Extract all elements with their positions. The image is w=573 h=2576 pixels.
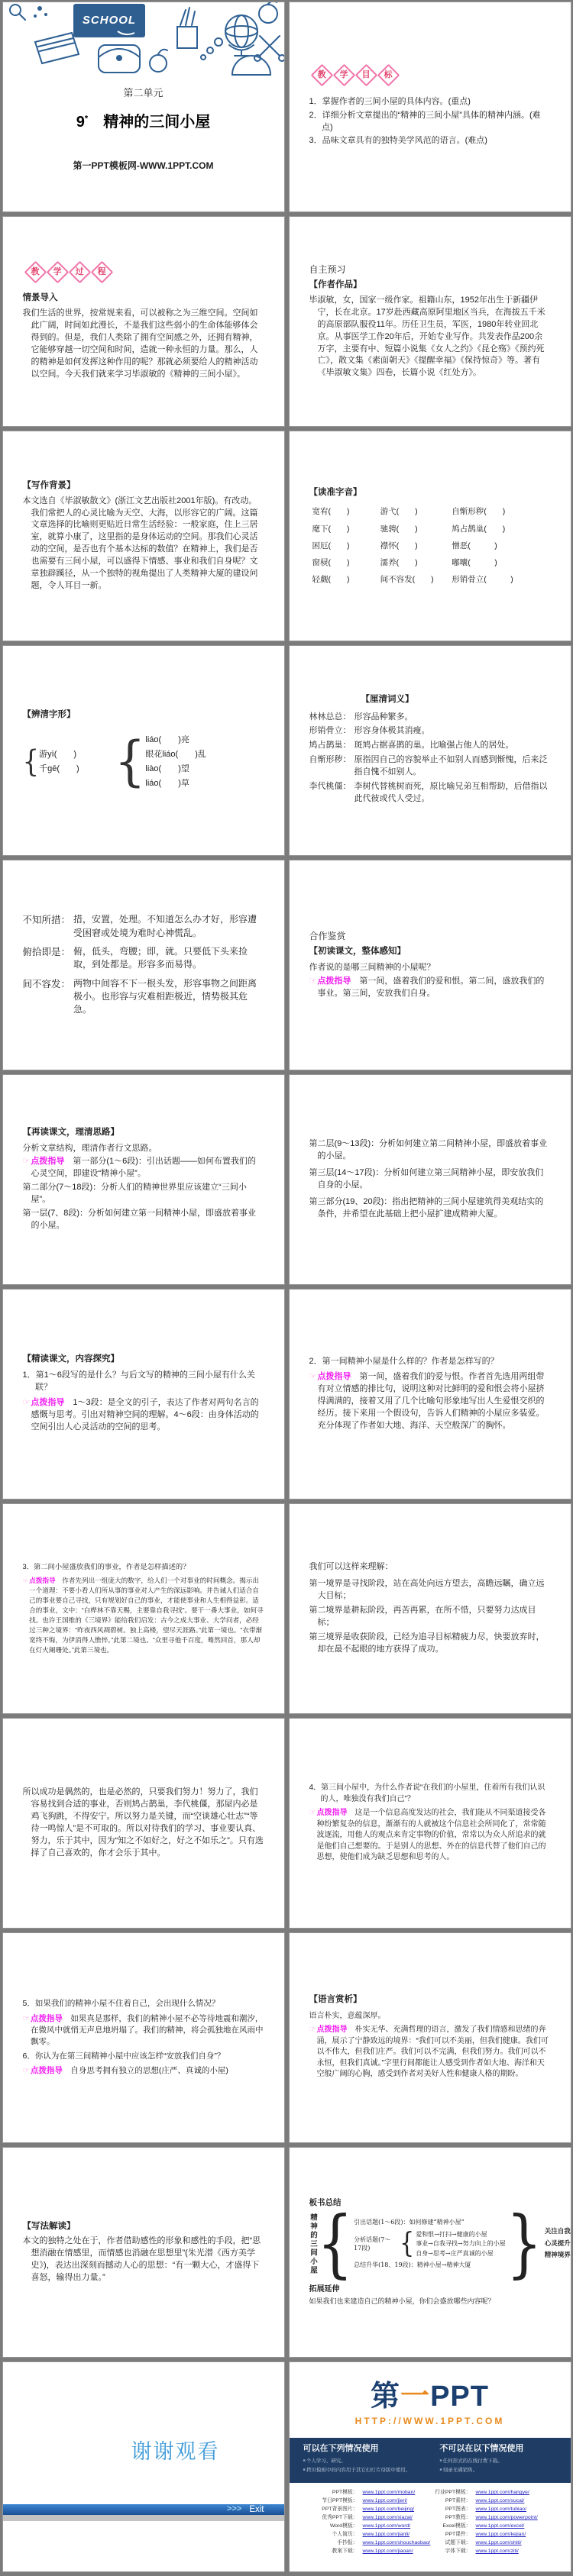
slide-structure-2: 第二层(9～13段)：分析如何建立第二间精神小屋，即盛放着事业的小屋。 第三层(… bbox=[289, 1074, 571, 1285]
structure-paragraph: 第二层(9～13段)：分析如何建立第二间精神小屋，即盛放着事业的小屋。 bbox=[309, 1138, 551, 1163]
link-url[interactable]: www.1ppt.com/shiti/ bbox=[475, 2540, 537, 2546]
technique-subheading: 【写法解读】 bbox=[23, 2220, 264, 2233]
link-url[interactable]: www.1ppt.com/xiazai/ bbox=[362, 2515, 430, 2521]
link-label: PPT教程： bbox=[435, 2515, 471, 2521]
link-label: Word模板： bbox=[322, 2523, 358, 2529]
definition-text: 斑鸠占据喜鹊的巢。比喻强占他人的居处。 bbox=[354, 740, 551, 752]
blackboard-text: SCHOOL bbox=[82, 14, 135, 27]
definition-row: 鸠占鹊巢： 斑鸠占据喜鹊的巢。比喻强占他人的居处。 bbox=[309, 740, 551, 752]
slide-language: 【语言赏析】 语言朴实，意蕴深厚。 点拨指导 朴实无华、充满哲理的语言，激发了我… bbox=[289, 1932, 571, 2143]
slide-1ppt-footer: 第一PPT HTTP://WWW.1PPT.COM 可以在下列情况使用 个人学习… bbox=[289, 2361, 571, 2572]
definition-row: 俯拾即是： 俯，低头，弯腰；即，就。只要低下头来捡取，到处都是。形容多而易得。 bbox=[23, 945, 264, 972]
definition-row: 间不容发： 两物中间容不下一根头发，形容事物之间距离极小。也形容与灾难相距极近，… bbox=[23, 977, 264, 1017]
board-diagram: 精神的三间小屋 引出话题(1～6段)：如何修建“精神小屋” 分析话题(7～17段… bbox=[309, 2213, 551, 2275]
pointing-hand-icon bbox=[23, 2066, 31, 2075]
structure-paragraph: 第三层(14～17段)：分析如何建立第三间精神小屋，即安放我们自身的小屋。 bbox=[309, 1167, 551, 1192]
forbidden-usage-item: 刻录光碟销售。 bbox=[439, 2467, 556, 2474]
character-forms-subheading: 【辨清字形】 bbox=[23, 709, 264, 721]
footer-strip bbox=[3, 2515, 284, 2521]
first-reading-subheading: 【初读课文，整体感知】 bbox=[309, 945, 551, 958]
realm-line: 第三境界是收获阶段，已经为追寻目标精疲力尽，快要放弃时，却在最不起眼的地方获得了… bbox=[309, 1632, 551, 1656]
tip-answer: 作者先列出一组庞大的数字，给人们一个对事业的时间概念。揭示出一个道理：不要小看人… bbox=[29, 1577, 264, 1653]
link-label: PPT模板： bbox=[322, 2490, 358, 2496]
link-label: PPT课件： bbox=[435, 2532, 471, 2538]
site-credit: 第一PPT模板网-WWW.1PPT.COM bbox=[3, 160, 284, 173]
slide-more-definitions: 不知所措： 措，安置，处理。不知道怎么办才好，形容遭受困窘或处境为难时心神慌乱。… bbox=[2, 860, 285, 1070]
definition-term: 不知所措： bbox=[23, 913, 71, 940]
definition-row: 林林总总： 形容品种繁多。 bbox=[309, 712, 551, 724]
pronunciation-subheading: 【读准字音】 bbox=[309, 486, 551, 499]
brace-icon bbox=[317, 2211, 353, 2277]
board-sub-row: 自身→思考→庄严真诚的小屋 bbox=[416, 2249, 505, 2258]
lead-in-paragraph: 我们生活的世界，按常规来看，可以被称之为三维空间。空间如此广阔，时间如此漫长，不… bbox=[23, 308, 264, 381]
brace-icon bbox=[23, 747, 40, 777]
definition-text: 措，安置，处理。不知道怎么办才好，形容遭受困窘或处境为难时心神慌乱。 bbox=[73, 913, 264, 940]
definition-text: 形容品种繁多。 bbox=[354, 712, 551, 724]
pointing-hand-icon bbox=[309, 1372, 318, 1381]
slide-q4: 4．第三间小屋中，为什么作者说“在我们的小屋里，住着所有我们认识的人，唯独没有我… bbox=[289, 1718, 571, 1929]
link-label: 手抄报： bbox=[322, 2540, 358, 2546]
pointing-hand-icon bbox=[309, 976, 318, 986]
background-subheading: 【写作背景】 bbox=[23, 479, 264, 492]
link-label: PPT图表： bbox=[435, 2507, 471, 2513]
link-label: 教案下载： bbox=[322, 2549, 358, 2555]
link-url[interactable]: www.1ppt.com/beijing/ bbox=[362, 2507, 430, 2513]
form-word: 游yì( ) bbox=[39, 749, 79, 761]
definition-term: 自惭形秽： bbox=[309, 754, 351, 779]
tip-paragraph: 点拨指导 自身思考拥有独立的思想(庄严、真诚的小屋) bbox=[23, 2065, 264, 2077]
tip-paragraph: 点拨指导 这是一个信息高度发达的社会，我们能从不同渠道接受各种纷繁复杂的信息，渐… bbox=[309, 1808, 551, 1864]
form-word: 千gē( ) bbox=[39, 763, 79, 776]
pronunciation-word: 轻觑( ) bbox=[312, 574, 380, 586]
tip-paragraph: 点拨指导 第一间，盛着我们的爱与恨。作者首先选用两组带有对立情感的排比句，说明这… bbox=[309, 1371, 551, 1432]
link-label: 个人简历： bbox=[322, 2532, 358, 2538]
slide-success: 所以成功是偶然的，也是必然的，只要我们努力！努力了，我们容易找到合适的事业，否则… bbox=[2, 1718, 285, 1929]
slide-grid: SCHOOL 第二单元 9* 精神的三间小屋 第一PPT模板网-WWW.1PPT… bbox=[0, 0, 573, 2574]
pronunciation-word: 麾下( ) bbox=[312, 524, 380, 535]
goal-item: 1．掌握作者的三间小屋的具体内容。(重点) bbox=[309, 96, 551, 108]
definition-row: 不知所措： 措，安置，处理。不知道怎么办才好，形容遭受困窘或处境为难时心神慌乱。 bbox=[23, 913, 264, 940]
slide-q5-q6: 5．如果我们的精神小屋不住着自己，会出现什么情况？ 点拨指导 如果真是那样，我们… bbox=[2, 1932, 285, 2143]
slide-three-realms: 我们可以这样来理解： 第一境界是寻找阶段，站在高处向远方望去，高瞻远瞩，确立远大… bbox=[289, 1503, 571, 1714]
pointing-hand-icon bbox=[309, 2026, 317, 2034]
school-doodles-svg: SCHOOL bbox=[3, 2, 284, 76]
1ppt-logo: 第一PPT bbox=[290, 2382, 571, 2411]
link-url[interactable]: www.1ppt.com/sucai/ bbox=[475, 2498, 537, 2504]
tip-answer: 第一间，盛着我们的爱与恨。作者首先选用两组带有对立情感的排比句，说明这种对比鲜明… bbox=[318, 1372, 545, 1430]
badge-diamond: 程 bbox=[90, 261, 113, 284]
brace-groups: 游yì( )千gē( ) liáo( )亮眼花liáo( )乱liào( )望l… bbox=[23, 732, 264, 792]
section-heading: 合作鉴赏 bbox=[309, 930, 551, 943]
thanks-text: 谢谢观看 bbox=[131, 2437, 220, 2467]
tip-paragraph: 点拨指导 1～3段：是全文的引子，表达了作者对两句名言的感慨与思考。引出对精神空… bbox=[23, 1397, 264, 1434]
forbidden-usage: 不可以在以下情况使用 任何形式的在线付费下载。刻录光碟销售。 bbox=[439, 2443, 556, 2476]
pronunciation-word: 憎恶( ) bbox=[452, 541, 550, 552]
lesson-title: 9* 精神的三间小屋 bbox=[3, 111, 284, 134]
definition-term: 形销骨立： bbox=[309, 725, 351, 738]
board-sub-row: 爱和恨→打扫→健康的小屋 bbox=[416, 2230, 505, 2239]
question: 1．第1～6段写的是什么？与后文写的精神的三间小屋有什么关联？ bbox=[23, 1370, 264, 1394]
definition-term: 李代桃僵： bbox=[309, 781, 351, 805]
slide-q2: 2．第一间精神小屋是什么样的？作者是怎样写的？ 点拨指导 第一间，盛着我们的爱与… bbox=[289, 1289, 571, 1499]
pronunciation-word: 窗棂( ) bbox=[312, 557, 380, 569]
unit-label: 第二单元 bbox=[3, 86, 284, 101]
logo-block: 第一PPT HTTP://WWW.1PPT.COM bbox=[290, 2382, 571, 2428]
pronunciation-word: 间不容发( ) bbox=[380, 574, 452, 586]
tip-label: 点拨指导 bbox=[317, 976, 351, 986]
badge-diamond: 过 bbox=[68, 261, 91, 284]
definition-list: 不知所措： 措，安置，处理。不知道怎么办才好，形容遭受困窘或处境为难时心神慌乱。… bbox=[23, 908, 264, 1022]
link-label: PPT背景图片： bbox=[322, 2507, 358, 2513]
question: 4．第三间小屋中，为什么作者说“在我们的小屋里，住着所有我们认识的人，唯独没有我… bbox=[309, 1783, 551, 1805]
form-word: liáo( )草 bbox=[145, 778, 206, 790]
pronunciation-word: 濡养( ) bbox=[380, 557, 452, 569]
board-right-label-line: 心灵提升 bbox=[545, 2239, 571, 2250]
slide-lead-in: 教 学 过 程 情景导入 我们生活的世界，按常规来看，可以被称之为三维空间。空间… bbox=[2, 216, 285, 427]
pronunciation-word: 嘟囔( ) bbox=[452, 557, 550, 569]
pronunciation-word: 襟怀( ) bbox=[380, 541, 452, 552]
pronunciation-word: 鸠占鹊巢( ) bbox=[452, 524, 550, 535]
slide-teaching-goals: 教 学 目 标 1．掌握作者的三间小屋的具体内容。(重点)2．详细分析文章提出的… bbox=[289, 2, 571, 212]
tip-answer: 自身思考拥有独立的思想(庄严、真诚的小屋) bbox=[70, 2066, 228, 2075]
forbidden-usage-title: 不可以在以下情况使用 bbox=[439, 2443, 556, 2455]
question: 5．如果我们的精神小屋不住着自己，会出现什么情况？ bbox=[23, 1998, 264, 2009]
structure-subheading: 【再读课文，理清思路】 bbox=[23, 1126, 264, 1139]
definition-text: 俯，低头，弯腰；即，就。只要低下头来捡取，到处都是。形容多而易得。 bbox=[73, 945, 264, 972]
badge-diamond: 教 bbox=[310, 63, 333, 86]
extension-question: 如果我们也来建造自己的精神小屋，你们会盛放哪些内容呢？ bbox=[309, 2297, 551, 2307]
slide-author: 自主预习 【作者作品】 毕淑敏，女，国家一级作家。祖籍山东，1952年出生于新疆… bbox=[289, 216, 571, 427]
definition-row: 自惭形秽： 原指因自己的容貌举止不如别人而感到惭愧，后来泛指自愧不如别人。 bbox=[309, 754, 551, 779]
slide-character-forms: 【辨清字形】 游yì( )千gē( ) liáo( )亮眼花liáo( )乱li… bbox=[2, 645, 285, 856]
close-reading-subheading: 【精读课文，内容探究】 bbox=[23, 1353, 264, 1366]
link-url[interactable]: www.1ppt.com/word/ bbox=[362, 2523, 430, 2529]
slide-board-summary: 板书总结 精神的三间小屋 引出话题(1～6段)：如何修建“精神小屋” 分析话题(… bbox=[289, 2147, 571, 2358]
board-row-1: 引出话题(1～6段)：如何修建“精神小屋” bbox=[354, 2218, 506, 2227]
usage-terms-panel: 可以在下列情况使用 个人学习、研究。拷贝模板中的内容用于其它幻灯片母版中使用。 … bbox=[290, 2438, 571, 2483]
slide-word-meanings: 【厘清词义】 林林总总： 形容品种繁多。 形销骨立： 形容身体极其消瘦。 鸠占鹊… bbox=[289, 645, 571, 856]
pointing-hand-icon bbox=[23, 1577, 30, 1584]
link-url[interactable]: www.1ppt.com/shouchaobao/ bbox=[362, 2540, 430, 2546]
link-url[interactable]: www.1ppt.com/jieri/ bbox=[362, 2498, 430, 2504]
allowed-usage: 可以在下列情况使用 个人学习、研究。拷贝模板中的内容用于其它幻灯片母版中使用。 bbox=[303, 2443, 426, 2476]
link-label: 优秀PPT下载： bbox=[322, 2515, 358, 2521]
goal-item: 3．品味文章具有的独特美学风范的语言。(难点) bbox=[309, 135, 551, 147]
link-label: 节日PPT模板： bbox=[322, 2498, 358, 2504]
link-url[interactable]: www.1ppt.com/excel/ bbox=[475, 2523, 537, 2529]
link-label: PPT素材： bbox=[435, 2498, 471, 2504]
pronunciation-word: 形销骨立( ) bbox=[452, 574, 550, 586]
background-paragraph: 本文选自《毕淑敏散文》(浙江文艺出版社2001年版)。有改动。我们常把人的心灵比… bbox=[23, 496, 264, 593]
board-sub-row: 事业→自我寻找→努力向上的小屋 bbox=[416, 2239, 505, 2248]
tip-label: 点拨指导 bbox=[31, 1157, 64, 1166]
link-url[interactable]: www.1ppt.com/hangye/ bbox=[475, 2490, 537, 2496]
structure-paragraph: 第二部分(7～18段)：分析人们的精神世界里应该建立“三间小屋”。 bbox=[23, 1182, 264, 1206]
link-url[interactable]: www.1ppt.com/jiaoan/ bbox=[362, 2549, 430, 2555]
slide-background: 【写作背景】 本文选自《毕淑敏散文》(浙江文艺出版社2001年版)。有改动。我们… bbox=[2, 431, 285, 641]
question: 作者说的是哪三间精神的小屋呢？ bbox=[309, 962, 551, 974]
school-doodles-illustration: SCHOOL bbox=[3, 2, 284, 76]
board-sub-rows: 爱和恨→打扫→健康的小屋事业→自我寻找→努力向上的小屋自身→思考→庄严真诚的小屋 bbox=[416, 2230, 505, 2258]
link-label: 试题下载： bbox=[435, 2540, 471, 2546]
link-url[interactable]: www.1ppt.com/jianli/ bbox=[362, 2532, 430, 2538]
pointing-hand-icon bbox=[23, 2014, 31, 2023]
pointing-hand-icon bbox=[23, 1157, 31, 1166]
lead-in-heading: 情景导入 bbox=[23, 292, 264, 305]
link-label: Excel模板： bbox=[435, 2523, 471, 2529]
board-row-3: 总结升华(18、19段)：精神小屋→精神大厦 bbox=[354, 2261, 506, 2270]
definition-text: 李树代替桃树而死，原比喻兄弟互相帮助，后借指以此代彼或代人受过。 bbox=[354, 781, 551, 805]
structure-paragraph: 第一层(7、8段)：分析如何建立第一间精神小屋，即盛放着事业的小屋。 bbox=[23, 1208, 264, 1232]
board-row-2: 分析话题(7～17段) 爱和恨→打扫→健康的小屋事业→自我寻找→努力向上的小屋自… bbox=[354, 2230, 506, 2258]
tip-label: 点拨指导 bbox=[316, 1809, 347, 1817]
form-word: liào( )望 bbox=[145, 763, 206, 776]
brace-group-2: liáo( )亮眼花liáo( )乱liào( )望liáo( )草 bbox=[115, 732, 206, 792]
exit-button[interactable]: Exit bbox=[249, 2503, 264, 2516]
author-subheading: 【作者作品】 bbox=[309, 279, 551, 292]
tip-paragraph: 点拨指导 朴实无华、充满哲理的语言，激发了我们情感和思绪的奔涌，展示了宁静致远的… bbox=[309, 2025, 551, 2080]
brace-icon bbox=[115, 735, 146, 789]
slide-q3: 3．第二间小屋盛放我们的事业，作者是怎样描述的？ 点拨指导 作者先列出一组庞大的… bbox=[2, 1503, 285, 1714]
intro-line: 我们可以这样来理解： bbox=[309, 1561, 551, 1574]
task-line: 分析文章结构，理清作者行文思路。 bbox=[23, 1143, 264, 1155]
link-url[interactable]: www.1ppt.com/moban/ bbox=[362, 2490, 430, 2496]
tip-paragraph: 点拨指导 第一部分(1～6段)：引出话题——如何布置我们的心灵空间，即建设“精神… bbox=[23, 1156, 264, 1180]
definition-text: 两物中间容不下一根头发，形容事物之间距离极小。也形容与灾难相距极近，情势极其危急… bbox=[73, 977, 264, 1017]
tip-answer: 第一部分(1～6段)：引出话题——如何布置我们的心灵空间，即建设“精神小屋”。 bbox=[31, 1157, 256, 1178]
link-url[interactable]: www.1ppt.com/ziti/ bbox=[475, 2549, 537, 2555]
brace-icon bbox=[507, 2211, 542, 2277]
question: 3．第二间小屋盛放我们的事业，作者是怎样描述的？ bbox=[23, 1562, 264, 1573]
slide-title: SCHOOL 第二单元 9* 精神的三间小屋 第一PPT模板网-WWW.1PPT… bbox=[2, 2, 285, 212]
definition-term: 俯拾即是： bbox=[23, 945, 71, 972]
definition-term: 林林总总： bbox=[309, 712, 351, 724]
form-word: liáo( )亮 bbox=[145, 734, 206, 747]
board-right-label: 关注自我心灵提升精神境界 bbox=[545, 2226, 571, 2261]
pointing-hand-icon bbox=[23, 1398, 31, 1407]
slide-structure-1: 【再读课文，理清思路】 分析文章结构，理清作者行文思路。 点拨指导 第一部分(1… bbox=[2, 1074, 285, 1285]
logo-dash: 一 bbox=[400, 2381, 430, 2413]
tip-answer: 第一间，盛着我们的爱和恨。第二间，盛放我们的事业。第三间，安放我们自身。 bbox=[318, 976, 545, 998]
tip-label: 点拨指导 bbox=[31, 2066, 63, 2075]
allowed-usage-title: 可以在下列情况使用 bbox=[303, 2443, 426, 2455]
link-label: 字体下载： bbox=[435, 2549, 471, 2555]
tip-label: 点拨指导 bbox=[29, 1577, 55, 1584]
badge-diamond: 标 bbox=[377, 63, 400, 86]
slide-thanks: 谢谢观看 >>> Exit bbox=[2, 2361, 285, 2572]
slide-pronunciation: 【读准字音】 宽宥( )游弋( )自惭形秽( )麾下( )驰骋( )鸠占鹊巢( … bbox=[289, 431, 571, 641]
link-url[interactable]: www.1ppt.com/kejian/ bbox=[475, 2532, 537, 2538]
form-word: 眼花liáo( )乱 bbox=[145, 749, 206, 761]
allowed-usage-item: 个人学习、研究。 bbox=[303, 2458, 426, 2465]
tip-answer: 1～3段：是全文的引子，表达了作者对两句名言的感慨与思考。引出对精神空间的理解。… bbox=[31, 1398, 259, 1432]
teaching-process-badge: 教 学 过 程 bbox=[24, 262, 264, 282]
tip-label: 点拨指导 bbox=[316, 2026, 347, 2034]
chevrons-icon: >>> bbox=[227, 2503, 241, 2516]
lesson-title-text: 精神的三间小屋 bbox=[103, 114, 210, 131]
board-right-label-line: 精神境界 bbox=[545, 2250, 571, 2261]
tip-paragraph: 点拨指导 作者先列出一组庞大的数字，给人们一个对事业的时间概念。揭示出一个道理：… bbox=[23, 1576, 264, 1654]
slide-first-reading: 合作鉴赏 【初读课文，整体感知】 作者说的是哪三间精神的小屋呢？ 点拨指导 第一… bbox=[289, 860, 571, 1070]
language-subheading: 【语言赏析】 bbox=[309, 1993, 551, 2006]
link-url[interactable]: www.1ppt.com/powerpoint/ bbox=[475, 2515, 537, 2521]
badge-diamond: 教 bbox=[24, 261, 47, 284]
definition-text: 原指因自己的容貌举止不如别人而感到惭愧，后来泛指自愧不如别人。 bbox=[354, 754, 551, 779]
tip-paragraph: 点拨指导 如果真是那样，我们的精神小屋不必等待地震和潮汐，在微风中就悄无声息地坍… bbox=[23, 2013, 264, 2048]
goals-list: 1．掌握作者的三间小屋的具体内容。(重点)2．详细分析文章提出的“精神的三间小屋… bbox=[309, 95, 551, 150]
pronunciation-word: 困厄( ) bbox=[312, 541, 380, 552]
definition-term: 间不容发： bbox=[23, 977, 71, 1017]
success-paragraph: 所以成功是偶然的，也是必然的，只要我们努力！努力了，我们容易找到合适的事业，否则… bbox=[23, 1787, 264, 1860]
definition-row: 李代桃僵： 李树代替桃树而死，原比喻兄弟互相帮助，后借指以此代彼或代人受过。 bbox=[309, 781, 551, 805]
definition-list: 林林总总： 形容品种繁多。 形销骨立： 形容身体极其消瘦。 鸠占鹊巢： 斑鸠占据… bbox=[309, 709, 551, 809]
tip-answer: 朴实无华、充满哲理的语言，激发了我们情感和思绪的奔涌，展示了宁静致远的境界：“我… bbox=[317, 2026, 549, 2078]
realms-list: 第一境界是寻找阶段，站在高处向远方望去，高瞻远瞩，确立远大目标；第二境界是耕耘阶… bbox=[309, 1576, 551, 1658]
teaching-goals-badge: 教 学 目 标 bbox=[311, 65, 551, 86]
realm-line: 第一境界是寻找阶段，站在高处向远方望去，高瞻远瞩，确立远大目标； bbox=[309, 1578, 551, 1603]
exit-bar: >>> Exit bbox=[3, 2504, 284, 2515]
slide-writing-technique: 【写法解读】 本文的独特之处在于，作者借助感性的形象和感性的手段，把“思想消融在… bbox=[2, 2147, 285, 2358]
tip-label: 点拨指导 bbox=[31, 2014, 63, 2023]
link-url[interactable]: www.1ppt.com/tubiao/ bbox=[475, 2507, 537, 2513]
badge-diamond: 学 bbox=[46, 261, 69, 284]
question: 2．第一间精神小屋是什么样的？作者是怎样写的？ bbox=[309, 1356, 551, 1368]
tip-answer: 这是一个信息高度发达的社会，我们能从不同渠道接受各种纷繁复杂的信息，渐渐有的人就… bbox=[317, 1809, 546, 1861]
pronunciation-word: 驰骋( ) bbox=[380, 524, 452, 535]
pronunciation-word: 游弋( ) bbox=[380, 506, 452, 518]
pronunciation-grid: 宽宥( )游弋( )自惭形秽( )麾下( )驰骋( )鸠占鹊巢( )困厄( )襟… bbox=[312, 506, 551, 586]
badge-diamond: 学 bbox=[332, 63, 355, 86]
brace-group-1: 游yì( )千gē( ) bbox=[23, 747, 79, 778]
language-line: 语言朴实，意蕴深厚。 bbox=[309, 2011, 551, 2022]
board-right-label-line: 关注自我 bbox=[545, 2226, 571, 2238]
pointing-hand-icon bbox=[309, 1809, 317, 1817]
definition-term: 鸠占鹊巢： bbox=[309, 740, 351, 752]
tip-label: 点拨指导 bbox=[317, 1372, 351, 1381]
tip-label: 点拨指导 bbox=[31, 1398, 64, 1407]
forbidden-usage-item: 任何形式的在线付费下载。 bbox=[439, 2458, 556, 2465]
pronunciation-word: 宽宥( ) bbox=[312, 506, 380, 518]
question: 6．你认为在第三间精神小屋中应该怎样“安放我们自身”？ bbox=[23, 2051, 264, 2062]
realm-line: 第二境界是耕耘阶段，再苦再累，在所不惜，只要努力达成目标； bbox=[309, 1605, 551, 1629]
goal-item: 2．详细分析文章提出的“精神的三间小屋”具体的精神内涵。(难点) bbox=[309, 110, 551, 134]
slide-close-reading-q1: 【精读课文，内容探究】 1．第1～6段写的是什么？与后文写的精神的三间小屋有什么… bbox=[2, 1289, 285, 1499]
author-paragraph: 毕淑敏，女，国家一级作家。祖籍山东，1952年出生于新疆伊宁，长在北京。17岁赴… bbox=[309, 295, 551, 380]
lesson-star: * bbox=[85, 114, 88, 123]
section-heading: 自主预习 bbox=[309, 263, 551, 276]
tip-paragraph: 点拨指导 第一间，盛着我们的爱和恨。第二间，盛放我们的事业。第三间，安放我们自身… bbox=[309, 976, 551, 1000]
tip-answer: 如果真是那样，我们的精神小屋不必等待地震和潮汐，在微风中就悄无声息地坍塌了。我们… bbox=[31, 2014, 264, 2046]
board-row-2-label: 分析话题(7～17段) bbox=[354, 2235, 398, 2252]
logo-url[interactable]: HTTP://WWW.1PPT.COM bbox=[290, 2415, 571, 2428]
lesson-number: 9 bbox=[76, 114, 85, 131]
word-meanings-subheading: 【厘清词义】 bbox=[361, 693, 551, 706]
definition-text: 形容身体极其消瘦。 bbox=[354, 725, 551, 738]
site-links: PPT模板： www.1ppt.com/moban/ 行业PPT模板： www.… bbox=[290, 2490, 571, 2555]
link-label: 行业PPT模板： bbox=[435, 2490, 471, 2496]
brace-icon bbox=[400, 2230, 414, 2258]
pronunciation-word: 自惭形秽( ) bbox=[452, 506, 550, 518]
board-vertical-title: 精神的三间小屋 bbox=[309, 2213, 317, 2275]
allowed-usage-item: 拷贝模板中的内容用于其它幻灯片母版中使用。 bbox=[303, 2467, 426, 2474]
badge-diamond: 目 bbox=[354, 63, 377, 86]
technique-paragraph: 本文的独特之处在于，作者借助感性的形象和感性的手段，把“思想消融在情感里，而情感… bbox=[23, 2235, 264, 2284]
definition-row: 形销骨立： 形容身体极其消瘦。 bbox=[309, 725, 551, 738]
structure-paragraph: 第三部分(19、20段)：指出把精神的三间小屋建筑得美观结实的条件，并希望在此基… bbox=[309, 1196, 551, 1221]
